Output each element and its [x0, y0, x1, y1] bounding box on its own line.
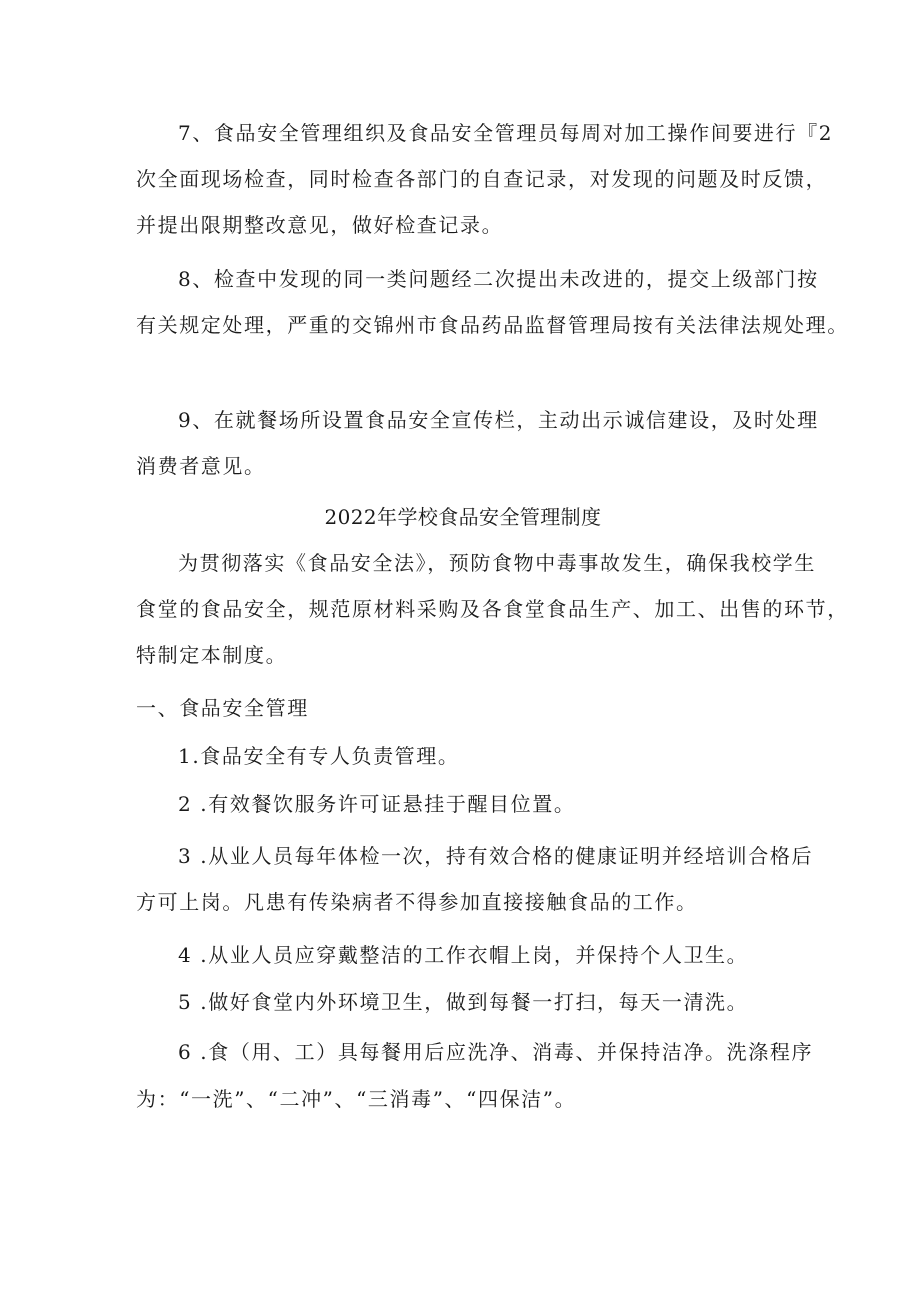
heading-food-safety-management: 一、食品安全管理: [136, 696, 796, 720]
paragraph-line: 消费者意见。: [136, 454, 796, 478]
paragraph-line: 有关规定处理，严重的交锦州市食品药品监督管理局按有关法律法规处理。: [136, 313, 796, 337]
paragraph-line: 次全面现场检查，同时检查各部门的自查记录，对发现的问题及时反馈，: [136, 167, 796, 191]
paragraph-line: 9、在就餐场所设置食品安全宣传栏，主动出示诚信建设，及时处理: [178, 408, 778, 432]
document-page: 7、食品安全管理组织及食品安全管理员每周对加工操作间要进行『2 次全面现场检查，…: [0, 0, 920, 1301]
rule-line: 5 .做好食堂内外环境卫生，做到每餐一打扫，每天一清洗。: [178, 990, 798, 1014]
paragraph-line: 为贯彻落实《食品安全法》，预防食物中毒事故发生，确保我校学生: [178, 551, 792, 575]
paragraph-line: 8、检查中发现的同一类问题经二次提出未改进的，提交上级部门按: [178, 267, 778, 291]
rule-line: 4 .从业人员应穿戴整洁的工作衣帽上岗，并保持个人卫生。: [178, 943, 798, 967]
paragraph-line: 7、食品安全管理组织及食品安全管理员每周对加工操作间要进行『2: [178, 121, 798, 145]
rule-line: 为：“一洗”、“二冲”、“三消毒”、“四保洁”。: [136, 1087, 796, 1111]
rule-line: 6 .食（用、工）具每餐用后应洗净、消毒、并保持洁净。洗涤程序: [178, 1040, 778, 1064]
paragraph-line: 特制定本制度。: [136, 643, 796, 667]
rule-line: 2 .有效餐饮服务许可证悬挂于醒目位置。: [178, 792, 798, 816]
section-title: 2022年学校食品安全管理制度: [0, 505, 920, 529]
rule-line: 方可上岗。凡患有传染病者不得参加直接接触食品的工作。: [136, 890, 796, 914]
paragraph-line: 并提出限期整改意见，做好检查记录。: [136, 213, 796, 237]
paragraph-line: 食堂的食品安全，规范原材料采购及各食堂食品生产、加工、出售的环节，: [136, 597, 796, 621]
rule-line: 1.食品安全有专人负责管理。: [178, 744, 798, 768]
rule-line: 3 .从业人员每年体检一次，持有效合格的健康证明并经培训合格后: [178, 844, 778, 868]
